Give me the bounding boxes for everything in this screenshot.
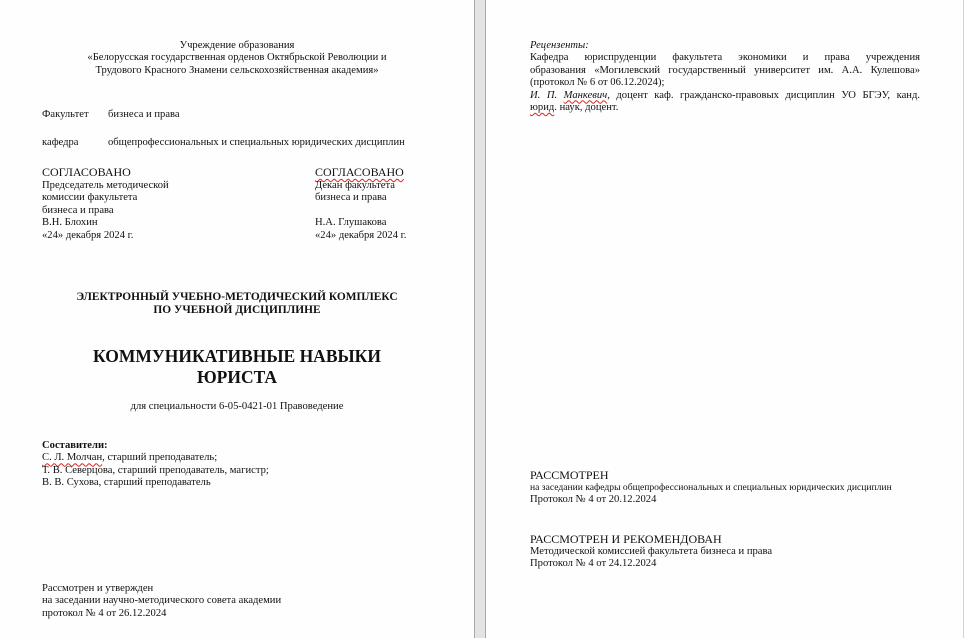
reviewer-2-surname: Манкевич xyxy=(564,90,608,101)
faculty-value: бизнеса и права xyxy=(108,109,180,121)
reviewer-1-line: (протокол № 6 от 06.12.2024); xyxy=(530,77,920,89)
reviewer-2-degree: . наук, доцент. xyxy=(554,102,618,113)
reviewers-block: Рецензенты: Кафедра юриспруденции факуль… xyxy=(530,40,920,114)
specialty-line: для специальности 6-05-0421-01 Правоведе… xyxy=(0,401,474,413)
agreed-left-block: Председатель методической комиссии факул… xyxy=(42,180,169,242)
reviewed-1-block: на заседании кафедры общепрофессиональны… xyxy=(530,482,892,507)
discipline-title-line: КОММУНИКАТИВНЫЕ НАВЫКИ xyxy=(0,346,474,367)
umk-title-line: ЭЛЕКТРОННЫЙ УЧЕБНО-МЕТОДИЧЕСКИЙ КОМПЛЕКС xyxy=(0,291,474,304)
umk-title: ЭЛЕКТРОННЫЙ УЧЕБНО-МЕТОДИЧЕСКИЙ КОМПЛЕКС… xyxy=(0,291,474,317)
reviewer-1-line: образования «Могилевский государственный… xyxy=(530,65,920,77)
faculty-label: Факультет xyxy=(42,109,89,121)
author-role: , старший преподаватель xyxy=(99,477,211,488)
document-page-1[interactable]: Учреждение образования «Белорусская госу… xyxy=(0,0,474,638)
document-page-2[interactable]: Рецензенты: Кафедра юриспруденции факуль… xyxy=(486,0,964,638)
agreed-right-block: Декан факультета бизнеса и права Н.А. Гл… xyxy=(315,180,406,242)
authors-heading: Составители: xyxy=(42,440,269,452)
approved-line: на заседании научно-методического совета… xyxy=(42,595,281,607)
reviewer-2-line: юрид. наук, доцент. xyxy=(530,102,920,114)
author-name: С. Л. Молчан xyxy=(42,452,102,463)
umk-title-line: ПО УЧЕБНОЙ ДИСЦИПЛИНЕ xyxy=(0,304,474,317)
agreed-left-line: В.Н. Блохин xyxy=(42,217,169,229)
agreed-right-line: Н.А. Глушакова xyxy=(315,217,406,229)
discipline-title: КОММУНИКАТИВНЫЕ НАВЫКИ ЮРИСТА xyxy=(0,346,474,388)
institution-header: Учреждение образования «Белорусская госу… xyxy=(0,40,474,77)
author-item: Т. В. Северцова, старший преподаватель, … xyxy=(42,465,269,477)
author-item: С. Л. Молчан, старший преподаватель; xyxy=(42,452,269,464)
approved-line: протокол № 4 от 26.12.2024 xyxy=(42,608,281,620)
agreed-right-line: бизнеса и права xyxy=(315,192,406,204)
discipline-title-line: ЮРИСТА xyxy=(0,367,474,388)
author-role: , старший преподаватель, магистр; xyxy=(112,465,268,476)
department-value: общепрофессиональных и специальных юриди… xyxy=(108,137,405,149)
agreed-left-title: СОГЛАСОВАНО xyxy=(42,165,131,179)
agreed-left-line: комиссии факультета xyxy=(42,192,169,204)
reviewed-2-block: Методической комиссией факультета бизнес… xyxy=(530,546,772,571)
reviewers-heading: Рецензенты: xyxy=(530,40,920,52)
author-role: , старший преподаватель; xyxy=(102,452,217,463)
reviewed-2-line: Методической комиссией факультета бизнес… xyxy=(530,546,772,558)
author-name: Т. В. Северцова xyxy=(42,465,112,476)
reviewed-1-title: РАССМОТРЕН xyxy=(530,468,609,482)
department-label: кафедра xyxy=(42,137,79,149)
reviewer-2-initials: И. П. xyxy=(530,90,564,101)
reviewed-2-title: РАССМОТРЕН И РЕКОМЕНДОВАН xyxy=(530,532,722,546)
agreed-right-line xyxy=(315,205,406,217)
reviewer-2-position: , доцент каф. гражданско-правовых дисцип… xyxy=(607,90,920,101)
authors-block: Составители: С. Л. Молчан, старший препо… xyxy=(42,440,269,490)
agreed-right-line: Декан факультета xyxy=(315,180,406,192)
institution-line: Учреждение образования xyxy=(0,40,474,52)
agreed-right-line: «24» декабря 2024 г. xyxy=(315,230,406,242)
reviewed-2-line: Протокол № 4 от 24.12.2024 xyxy=(530,558,772,570)
agreed-right-title: СОГЛАСОВАНО xyxy=(315,165,404,179)
institution-line: Трудового Красного Знамени сельскохозяйс… xyxy=(0,65,474,77)
reviewed-1-line: на заседании кафедры общепрофессиональны… xyxy=(530,482,892,494)
page-separator xyxy=(474,0,486,638)
author-item: В. В. Сухова, старший преподаватель xyxy=(42,477,269,489)
approved-block: Рассмотрен и утвержден на заседании науч… xyxy=(42,583,281,620)
reviewed-1-line: Протокол № 4 от 20.12.2024 xyxy=(530,494,892,506)
author-name: В. В. Сухова xyxy=(42,477,99,488)
institution-line: «Белорусская государственная орденов Окт… xyxy=(0,52,474,64)
agreed-left-line: бизнеса и права xyxy=(42,205,169,217)
approved-line: Рассмотрен и утвержден xyxy=(42,583,281,595)
reviewer-2-abbr: юрид xyxy=(530,102,554,113)
agreed-left-line: Председатель методической xyxy=(42,180,169,192)
agreed-left-line: «24» декабря 2024 г. xyxy=(42,230,169,242)
reviewer-1-line: Кафедра юриспруденции факультета экономи… xyxy=(530,52,920,64)
reviewer-2-line: И. П. Манкевич, доцент каф. гражданско-п… xyxy=(530,90,920,102)
